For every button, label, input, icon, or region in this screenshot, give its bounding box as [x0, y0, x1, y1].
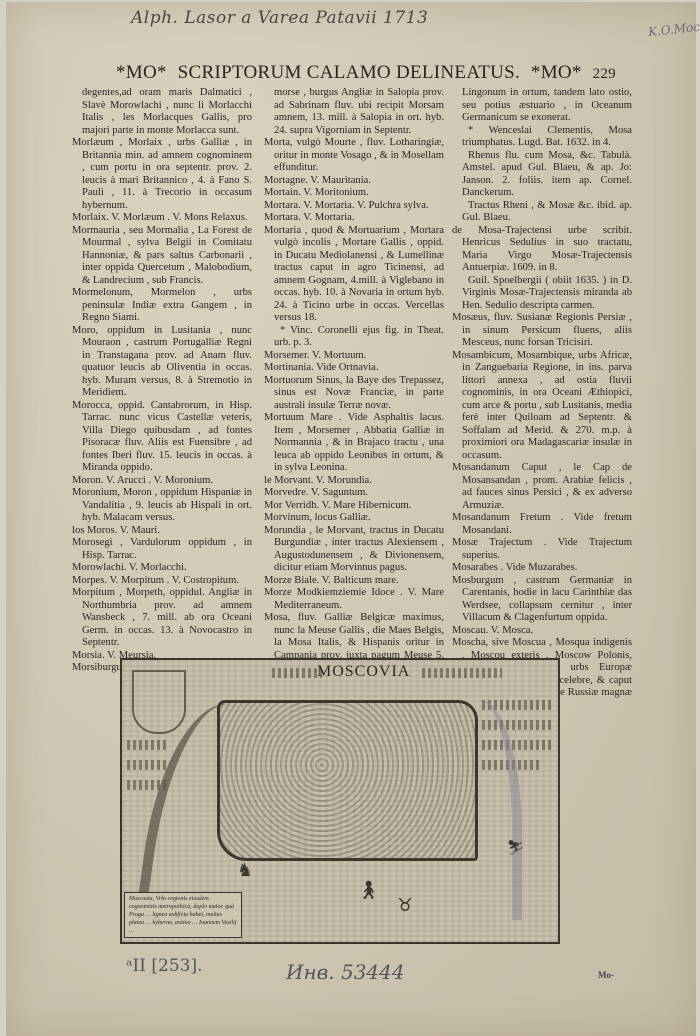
- horseman-icon: ♞: [237, 860, 253, 881]
- dictionary-entry: Mosæ Trajectum . Vide Trajectum superius…: [452, 537, 632, 562]
- dictionary-entry: Moscau. V. Mosca.: [452, 625, 632, 638]
- dictionary-entry: Lingonum in ortum, tandem lato ostio, se…: [452, 87, 632, 125]
- running-head: *MO* SCRIPTORUM CALAMO DELINEATUS. *MO* …: [116, 62, 616, 84]
- dictionary-entry: Morpitum , Morpeth, oppidul. Angliæ in N…: [72, 587, 252, 650]
- dictionary-entry: Mormauria , seu Mormalia , La Forest de …: [72, 225, 252, 288]
- catchword: Mo-: [598, 970, 614, 980]
- dictionary-entry: Mosandanum Fretum . Vide fretum Mosandan…: [452, 512, 632, 537]
- dictionary-entry: Morundia , le Morvant, tractus in Ducatu…: [264, 525, 444, 575]
- dictionary-entry: Moron. V. Arucci . V. Moronium.: [72, 475, 252, 488]
- left-guide-word: *MO*: [116, 62, 167, 84]
- dictionary-entry: los Moros. V. Mauri.: [72, 525, 252, 538]
- dictionary-entry: morse , burgus Angliæ in Salopia prov. a…: [264, 87, 444, 137]
- dictionary-entry: Mortara. V. Mortaria. V. Pulchra sylva.: [264, 200, 444, 213]
- dictionary-entry: * Wenceslai Clementis, Mosa triumphatus.…: [452, 125, 632, 150]
- dictionary-entry: Mortuum Mare . Vide Asphaltis lacus. Ite…: [264, 412, 444, 475]
- dictionary-entry: Mosandanum Caput , le Cap de Mosansandan…: [452, 462, 632, 512]
- dictionary-entry: Morlæum , Morlaix , urbs Galliæ , in Bri…: [72, 137, 252, 212]
- page-title: SCRIPTORUM CALAMO DELINEATUS.: [178, 62, 520, 84]
- engraving-title: MOSCOVIA: [317, 663, 410, 681]
- dictionary-entry: degentes,ad oram maris Dalmatici , Slavè…: [72, 87, 252, 137]
- dictionary-entry: Rhenus flu. cum Mosa, &c. Tabulà. Amstel…: [452, 150, 632, 200]
- dictionary-entry: Morze Modkiemziemie Idoce . V. Mare Medi…: [264, 587, 444, 612]
- dictionary-entry: Morosegi , Vardulorum oppidum , in Hisp.…: [72, 537, 252, 562]
- dictionary-entry: Mortara. V. Mortaria.: [264, 212, 444, 225]
- dictionary-entry: Mortuorum Sinus, la Baye des Trepassez, …: [264, 375, 444, 413]
- dictionary-entry: le Morvant. V. Morundia.: [264, 475, 444, 488]
- dictionary-entry: Morlaix. V. Morlæum . V. Mons Relaxus.: [72, 212, 252, 225]
- owner-stamp: K.O.Mock: [647, 19, 700, 39]
- dictionary-entry: Morpes. V. Morpitum . V. Costropitum.: [72, 575, 252, 588]
- dictionary-entry: de Mosa-Trajectensi urbe scribit. Henric…: [452, 225, 632, 275]
- dictionary-entry: Morowlachi. V. Morlacchi.: [72, 562, 252, 575]
- dictionary-entry: Morta, vulgò Mourte , fluv. Lotharingiæ,…: [264, 137, 444, 175]
- dictionary-entry: Morvinum, locus Galliæ.: [264, 512, 444, 525]
- text-column-1: degentes,ad oram maris Dalmatici , Slavè…: [72, 87, 252, 675]
- dictionary-entry: Mortinania. Vide Ortnavia.: [264, 362, 444, 375]
- bull-icon: ♉︎: [397, 895, 413, 916]
- dictionary-entry: Morvedre. V. Saguntum.: [264, 487, 444, 500]
- page-number: 229: [593, 66, 616, 83]
- dictionary-entry: Moronium, Moron , oppidum Hispaniæ in Va…: [72, 487, 252, 525]
- dictionary-entry: Mortain. V. Moritonium.: [264, 187, 444, 200]
- dictionary-entry: Mosæus, fluv. Susianæ Regionis Persiæ , …: [452, 312, 632, 350]
- dictionary-entry: Mosburgum , castrum Germaniæ in Carentan…: [452, 575, 632, 625]
- houses-decoration: [127, 760, 167, 770]
- houses-decoration: [272, 668, 322, 678]
- inventory-number: Инв. 53444: [286, 960, 405, 984]
- moscow-engraving: MOSCOVIA ♞ 🚶︎ ♉︎ ⛷︎ Moscouia, Vrbs regio…: [120, 658, 560, 944]
- engraving-cartouche: Moscouia, Vrbs regionis eiusdem cognomin…: [124, 892, 242, 938]
- walking-man-icon: 🚶︎: [357, 880, 380, 901]
- houses-decoration: [127, 740, 167, 750]
- shelfmark-note: ᵃII [253].: [126, 956, 203, 976]
- coat-of-arms-icon: [132, 670, 186, 734]
- dictionary-entry: Mosarabes . Vide Muzarabes.: [452, 562, 632, 575]
- right-guide-word: *MO*: [531, 62, 582, 84]
- dictionary-entry: Mormelonum, Mormelon , urbs peninsulæ In…: [72, 287, 252, 325]
- dictionary-entry: Morze Biale. V. Balticum mare.: [264, 575, 444, 588]
- dictionary-entry: Moro, oppidum in Lusitania , nunc Mourao…: [72, 325, 252, 400]
- dictionary-entry: Mortaria , quod & Mortuarium , Mortara v…: [264, 225, 444, 325]
- dictionary-entry: Morocca, oppid. Cantabrorum, in Hisp. Ta…: [72, 400, 252, 475]
- dictionary-entry: Guil. Spoelbergii ( obiit 1635. ) in D. …: [452, 275, 632, 313]
- dictionary-entry: Tractus Rheni , & Mosæ &c. ibid. ap. Gul…: [452, 200, 632, 225]
- text-column-2: morse , burgus Angliæ in Salopia prov. a…: [264, 87, 444, 675]
- kremlin-wall: [217, 700, 478, 861]
- sleigh-icon: ⛷︎: [507, 840, 525, 857]
- dictionary-entry: Mosambicum, Mosambique, urbs Africæ, in …: [452, 350, 632, 463]
- dictionary-entry: * Vinc. Coronelli ejus fig. in Theat. ur…: [264, 325, 444, 350]
- document-page: Alph. Lasor a Varea Patavii 1713 K.O.Moc…: [6, 2, 696, 1036]
- provenance-inscription: Alph. Lasor a Varea Patavii 1713: [131, 8, 428, 28]
- dictionary-entry: Morsemer. V. Mortuum.: [264, 350, 444, 363]
- text-column-3: Lingonum in ortum, tandem lato ostio, se…: [452, 87, 632, 712]
- dictionary-entry: Mor Verridh. V. Mare Hibernicum.: [264, 500, 444, 513]
- dictionary-entry: Mortagne. V. Mauritania.: [264, 175, 444, 188]
- houses-decoration: [422, 668, 502, 678]
